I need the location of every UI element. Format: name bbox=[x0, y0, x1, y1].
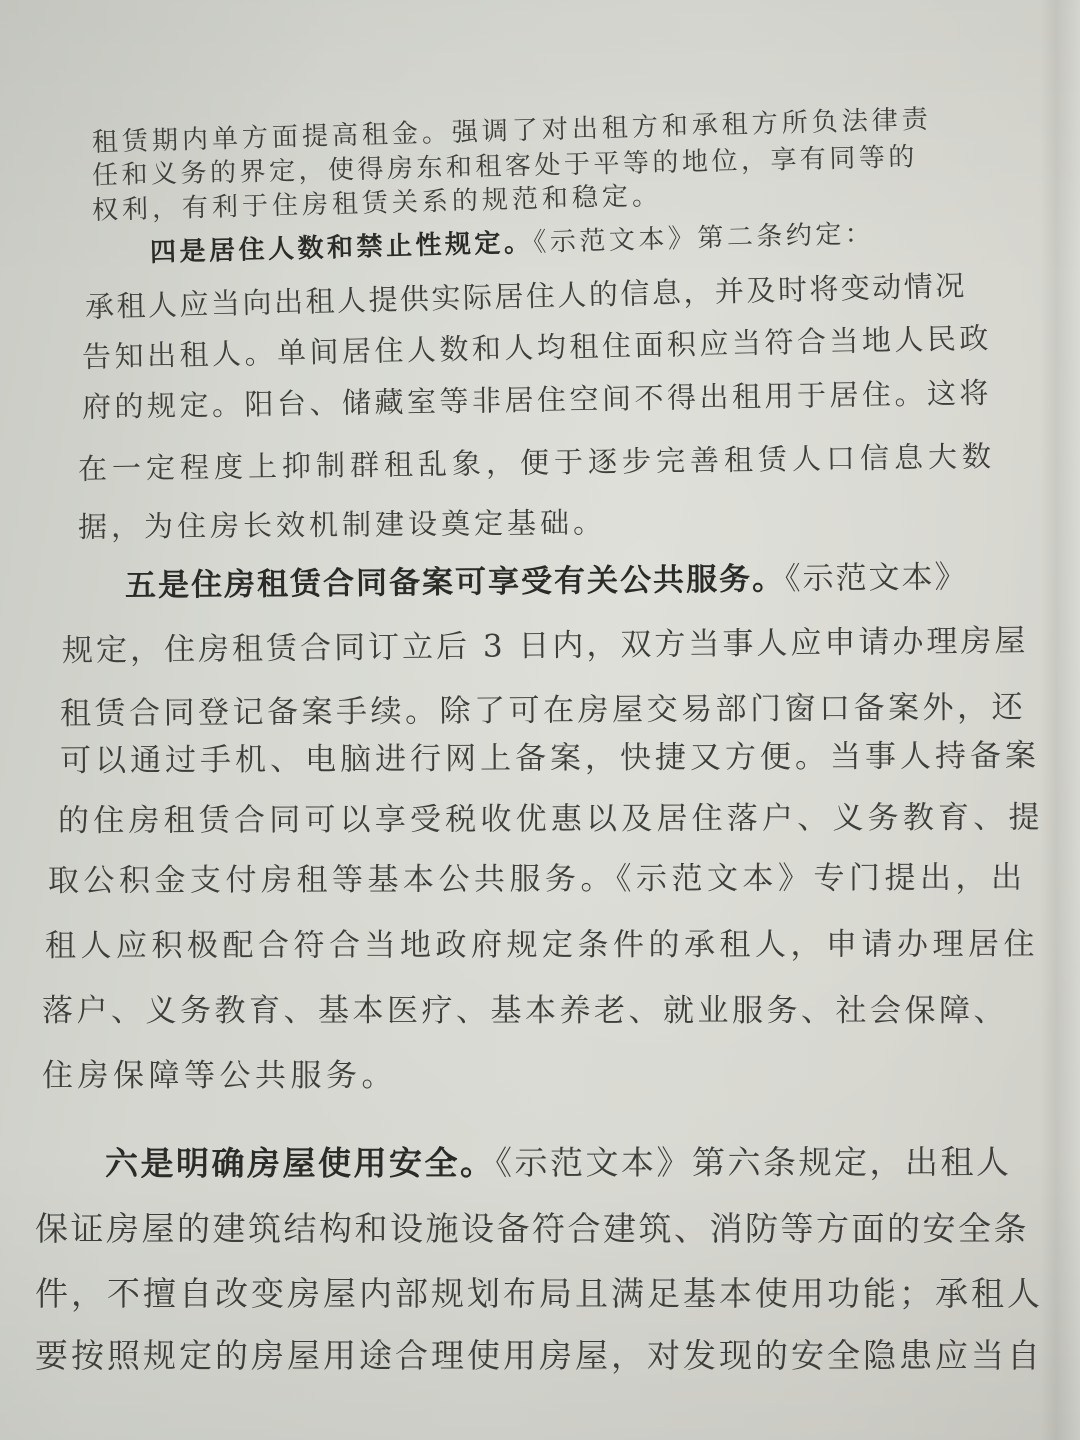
paragraph-6-first-line: 六是明确房屋使用安全。《示范文本》第六条规定，出租人 bbox=[105, 1136, 1012, 1185]
text-line: 保证房屋的建筑结构和设施设备符合建筑、消防等方面的安全条 bbox=[35, 1203, 1029, 1250]
text-line: 告知出租人。单间居住人数和人均租住面积应当符合当地人民政 bbox=[82, 316, 993, 376]
text-span: 《示范文本》第六条规定，出租人 bbox=[495, 1142, 1011, 1182]
text-line: 要按照规定的房屋用途合理使用房屋，对发现的安全隐患应当自 bbox=[35, 1330, 1043, 1377]
paragraph-heading: 五是住房租赁合同备案可享受有关公共服务。 bbox=[125, 561, 785, 604]
text-line: 在一定程度上抑制群租乱象，便于逐步完善租赁人口信息大数 bbox=[78, 434, 996, 488]
text-line: 府的规定。阳台、储藏室等非居住空间不得出租用于居住。这将 bbox=[82, 371, 993, 426]
text-line: 的住房租赁合同可以享受税收优惠以及居住落户、义务教育、提 bbox=[58, 792, 1044, 840]
paragraph-heading: 四是居住人数和禁止性规定。 bbox=[150, 228, 534, 268]
paragraph-heading: 六是明确房屋使用安全。 bbox=[105, 1143, 496, 1183]
text-line: 可以通过手机、电脑进行网上备案，快捷又方便。当事人持备案 bbox=[60, 730, 1040, 780]
text-line: 住房保障等公共服务。 bbox=[42, 1050, 397, 1095]
paragraph-5-first-line: 五是住房租赁合同备案可享受有关公共服务。《示范文本》 bbox=[125, 551, 968, 605]
text-span: 《示范文本》 bbox=[785, 559, 968, 597]
text-line: 承租人应当向出租人提供实际居住人的信息，并及时将变动情况 bbox=[84, 263, 967, 326]
text-line: 件，不擅自改变房屋内部规划布局且满足基本使用功能；承租人 bbox=[35, 1268, 1043, 1315]
text-line: 租人应积极配合符合当地政府规定条件的承租人，申请办理居住 bbox=[45, 918, 1039, 965]
text-line: 规定，住房租赁合同订立后 3 日内，双方当事人应申请办理房屋 bbox=[62, 615, 1029, 670]
text-span: 《示范文本》第二条约定： bbox=[533, 219, 875, 258]
text-line: 据，为住房长效机制建设奠定基础。 bbox=[78, 500, 606, 546]
page-fold-shadow bbox=[1040, 0, 1080, 1440]
text-line: 落户、义务教育、基本医疗、基本养老、就业服务、社会保障、 bbox=[42, 985, 1008, 1030]
text-line: 租赁合同登记备案手续。除了可在房屋交易部门窗口备案外，还 bbox=[60, 681, 1026, 733]
text-line: 取公积金支付房租等基本公共服务。《示范文本》专门提出，出 bbox=[48, 852, 1027, 900]
